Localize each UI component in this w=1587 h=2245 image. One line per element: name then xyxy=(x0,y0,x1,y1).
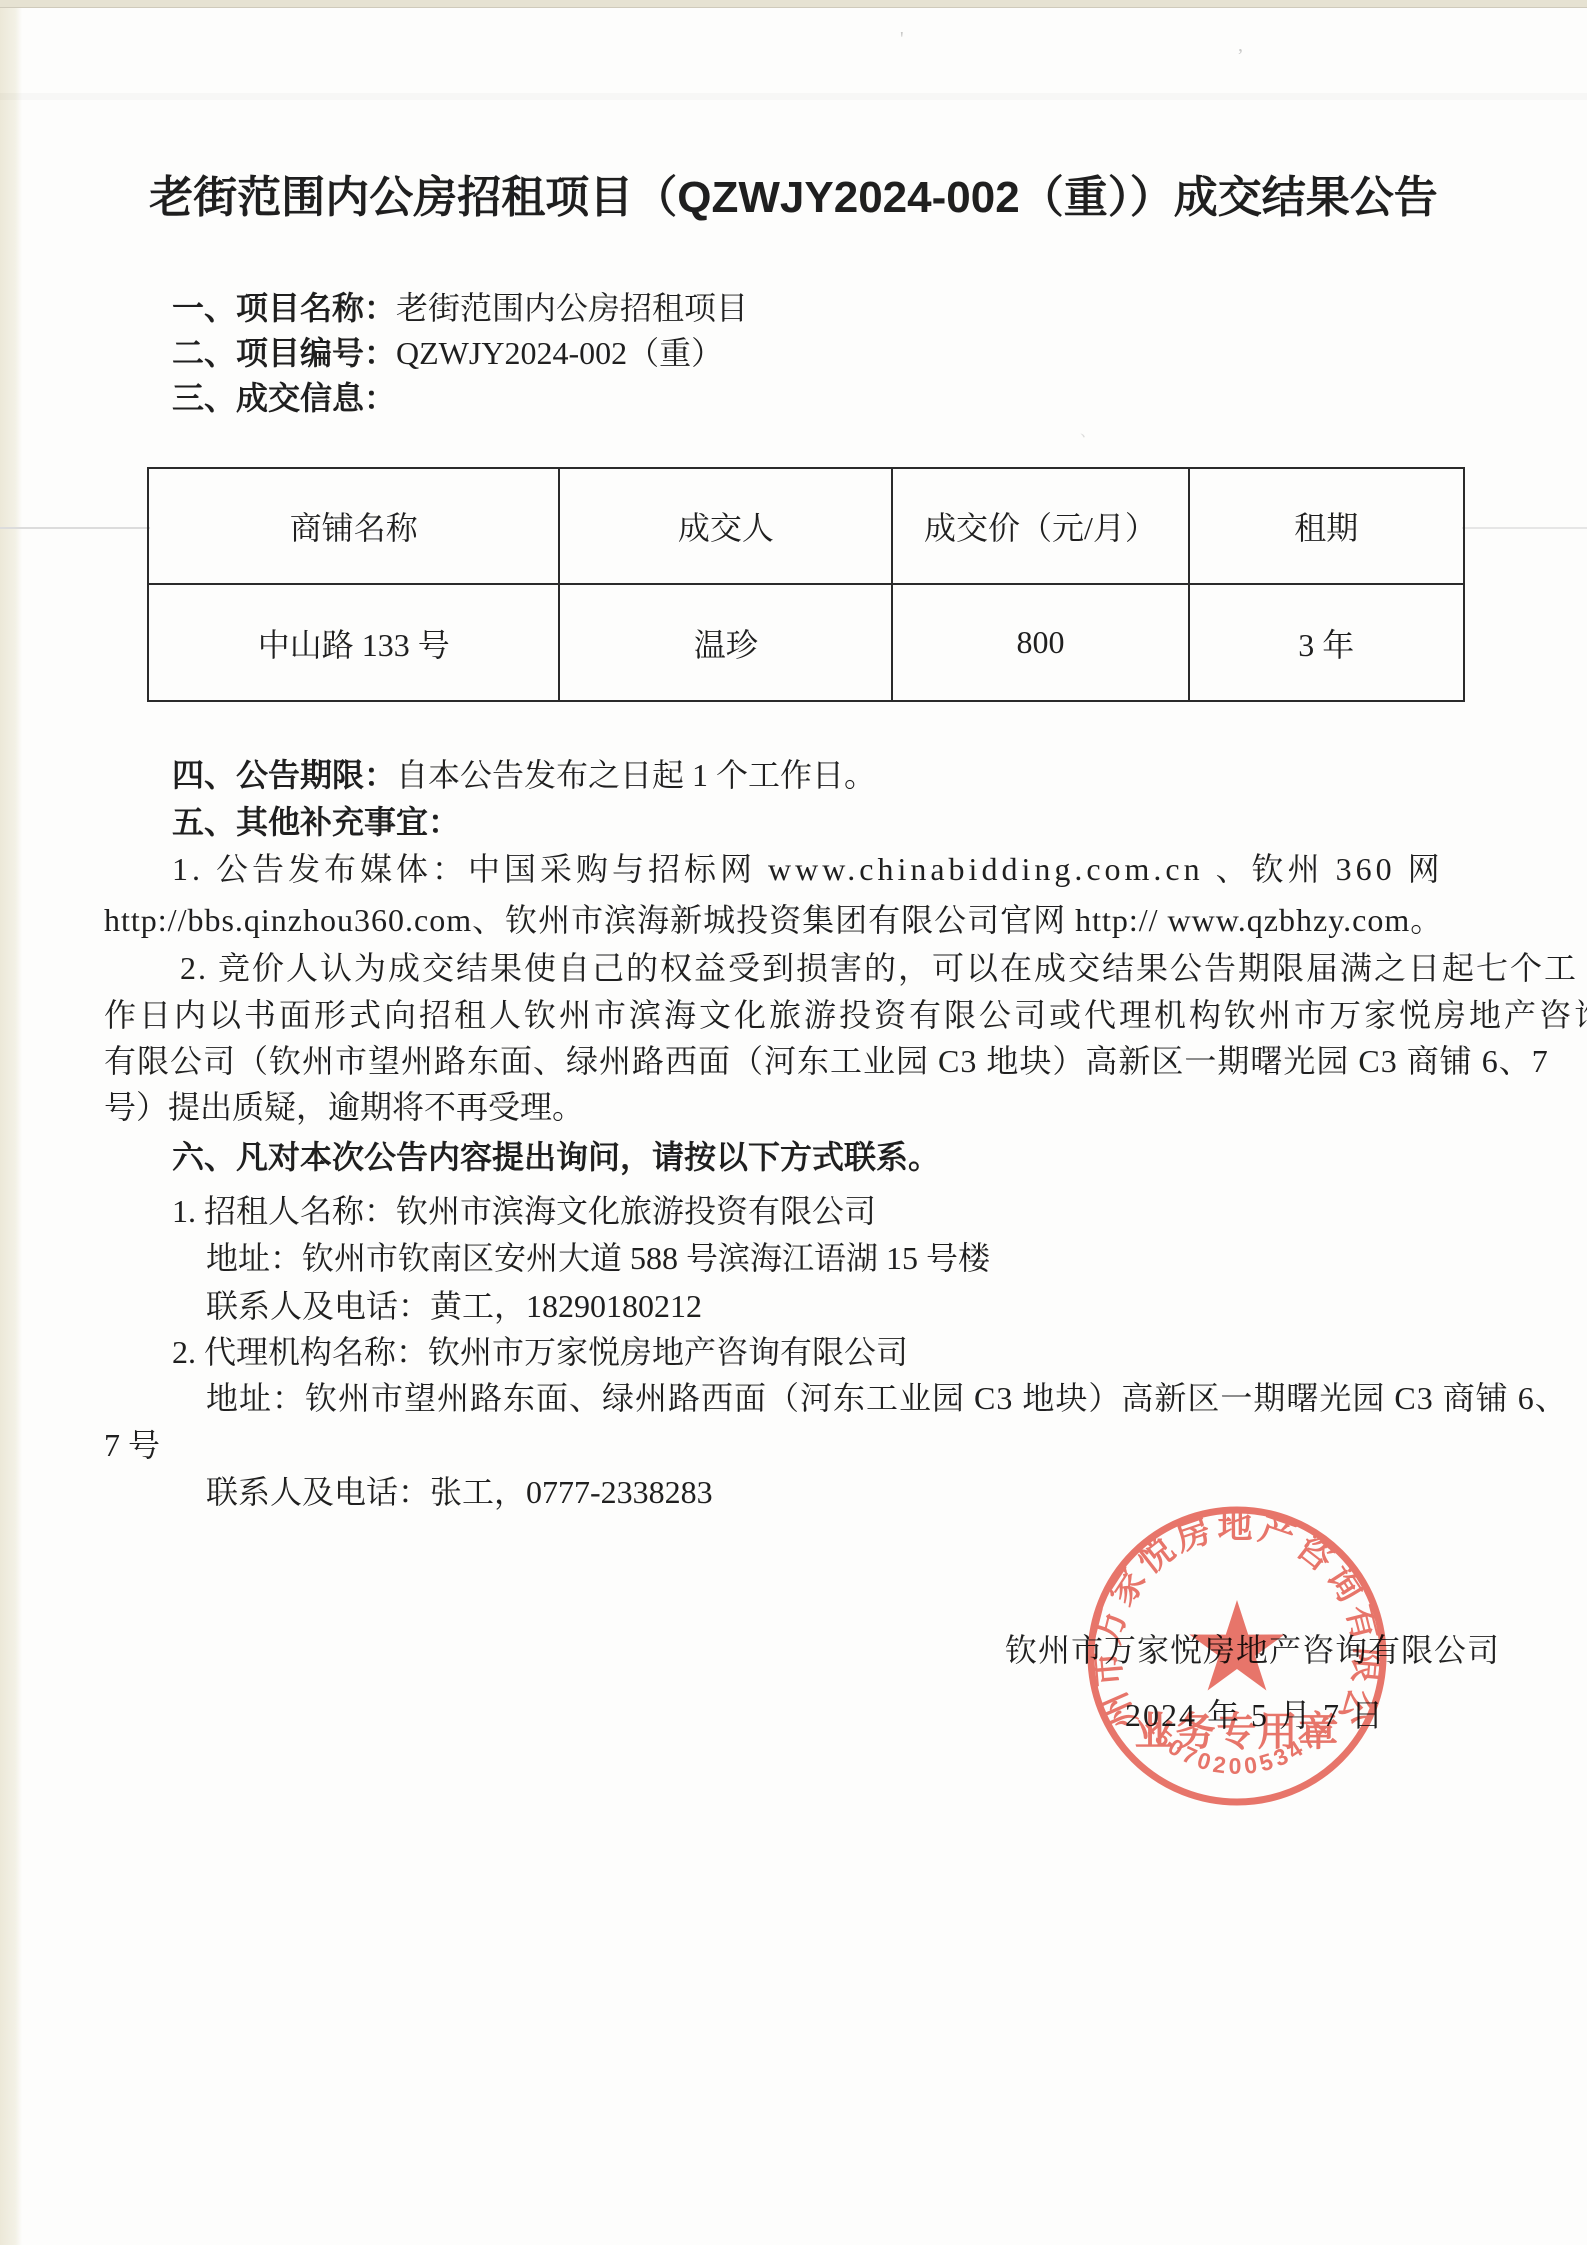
media-line-2: http://bbs.qinzhou360.com、钦州市滨海新城投资集团有限公… xyxy=(104,897,1443,943)
objection-line-4: 号）提出质疑，逾期将不再受理。 xyxy=(104,1084,584,1130)
objection-line-2: 作日内以书面形式向招租人钦州市滨海文化旅游投资有限公司或代理机构钦州市万家悦房地… xyxy=(104,992,1587,1038)
lessor-contact-line: 联系人及电话：黄工，18290180212 xyxy=(206,1283,702,1329)
notice-period-line: 四、公告期限：自本公告发布之日起 1 个工作日。 xyxy=(172,752,876,798)
table-header-row: 商铺名称 成交人 成交价（元/月） 租期 xyxy=(148,468,1464,584)
scan-line-right xyxy=(1462,527,1587,529)
seal-star-icon xyxy=(1189,1600,1284,1691)
project-number-value: QZWJY2024-002（重） xyxy=(396,335,723,371)
agent-address-line-2: 7 号 xyxy=(104,1422,160,1468)
cell-term: 3 年 xyxy=(1189,584,1464,701)
media-line-1: 1. 公告发布媒体：中国采购与招标网 www.chinabidding.com.… xyxy=(172,846,1444,892)
deal-info-label: 三、成交信息： xyxy=(172,380,396,416)
project-name-label: 一、项目名称： xyxy=(172,290,396,326)
notice-period-value: 自本公告发布之日起 1 个工作日。 xyxy=(396,757,876,793)
scanned-announcement-page: ' , 、 老街范围内公房招租项目（QZWJY2024-002（重））成交结果公… xyxy=(0,0,1587,2245)
cell-shop-name: 中山路 133 号 xyxy=(148,584,559,701)
agent-contact-line: 联系人及电话：张工，0777-2338283 xyxy=(206,1469,713,1515)
agent-address-line-1: 地址：钦州市望州路东面、绿州路西面（河东工业园 C3 地块）高新区一期曙光园 C… xyxy=(206,1375,1568,1421)
svg-text:钦州市万家悦房地产咨询有限公司: 钦州市万家悦房地产咨询有限公司 xyxy=(1057,1476,1387,1734)
contact-heading: 六、凡对本次公告内容提出询问，请按以下方式联系。 xyxy=(172,1134,940,1180)
scan-band xyxy=(0,93,1587,100)
scan-speck: 、 xyxy=(1080,418,1096,441)
table-row: 中山路 133 号 温珍 800 3 年 xyxy=(148,584,1464,701)
project-name-value: 老街范围内公房招租项目 xyxy=(396,290,748,326)
scan-edge-top xyxy=(0,0,1587,8)
lessor-name-line: 1. 招租人名称：钦州市滨海文化旅游投资有限公司 xyxy=(172,1188,876,1234)
scan-speck: ' xyxy=(900,28,904,51)
notice-period-label: 四、公告期限： xyxy=(172,757,396,793)
objection-line-1: 2. 竞价人认为成交结果使自己的权益受到损害的，可以在成交结果公告期限届满之日起… xyxy=(180,945,1578,991)
company-seal-stamp: 钦州市万家悦房地产咨询有限公司 业务专用章 4507020053474 xyxy=(1057,1476,1417,1836)
col-header-price: 成交价（元/月） xyxy=(892,468,1188,584)
lessor-address-line: 地址：钦州市钦南区安州大道 588 号滨海江语湖 15 号楼 xyxy=(206,1235,990,1281)
seal-arc-company-text: 钦州市万家悦房地产咨询有限公司 xyxy=(1057,1476,1387,1734)
project-number-line: 二、项目编号：QZWJY2024-002（重） xyxy=(172,330,723,376)
supplement-heading: 五、其他补充事宜： xyxy=(172,799,460,845)
scan-line-left xyxy=(0,527,150,529)
page-title: 老街范围内公房招租项目（QZWJY2024-002（重））成交结果公告 xyxy=(0,168,1587,228)
cell-price: 800 xyxy=(892,584,1188,701)
objection-line-3: 有限公司（钦州市望州路东面、绿州路西面（河东工业园 C3 地块）高新区一期曙光园… xyxy=(104,1038,1549,1084)
col-header-shop-name: 商铺名称 xyxy=(148,468,559,584)
col-header-winner: 成交人 xyxy=(559,468,892,584)
deal-result-table: 商铺名称 成交人 成交价（元/月） 租期 中山路 133 号 温珍 800 3 … xyxy=(147,467,1465,702)
cell-winner: 温珍 xyxy=(559,584,892,701)
project-name-line: 一、项目名称：老街范围内公房招租项目 xyxy=(172,285,748,331)
deal-info-heading: 三、成交信息： xyxy=(172,375,396,421)
col-header-term: 租期 xyxy=(1189,468,1464,584)
agent-name-line: 2. 代理机构名称：钦州市万家悦房地产咨询有限公司 xyxy=(172,1329,908,1375)
project-number-label: 二、项目编号： xyxy=(172,335,396,371)
scan-speck: , xyxy=(1238,34,1243,57)
scan-edge-left xyxy=(0,0,22,2245)
